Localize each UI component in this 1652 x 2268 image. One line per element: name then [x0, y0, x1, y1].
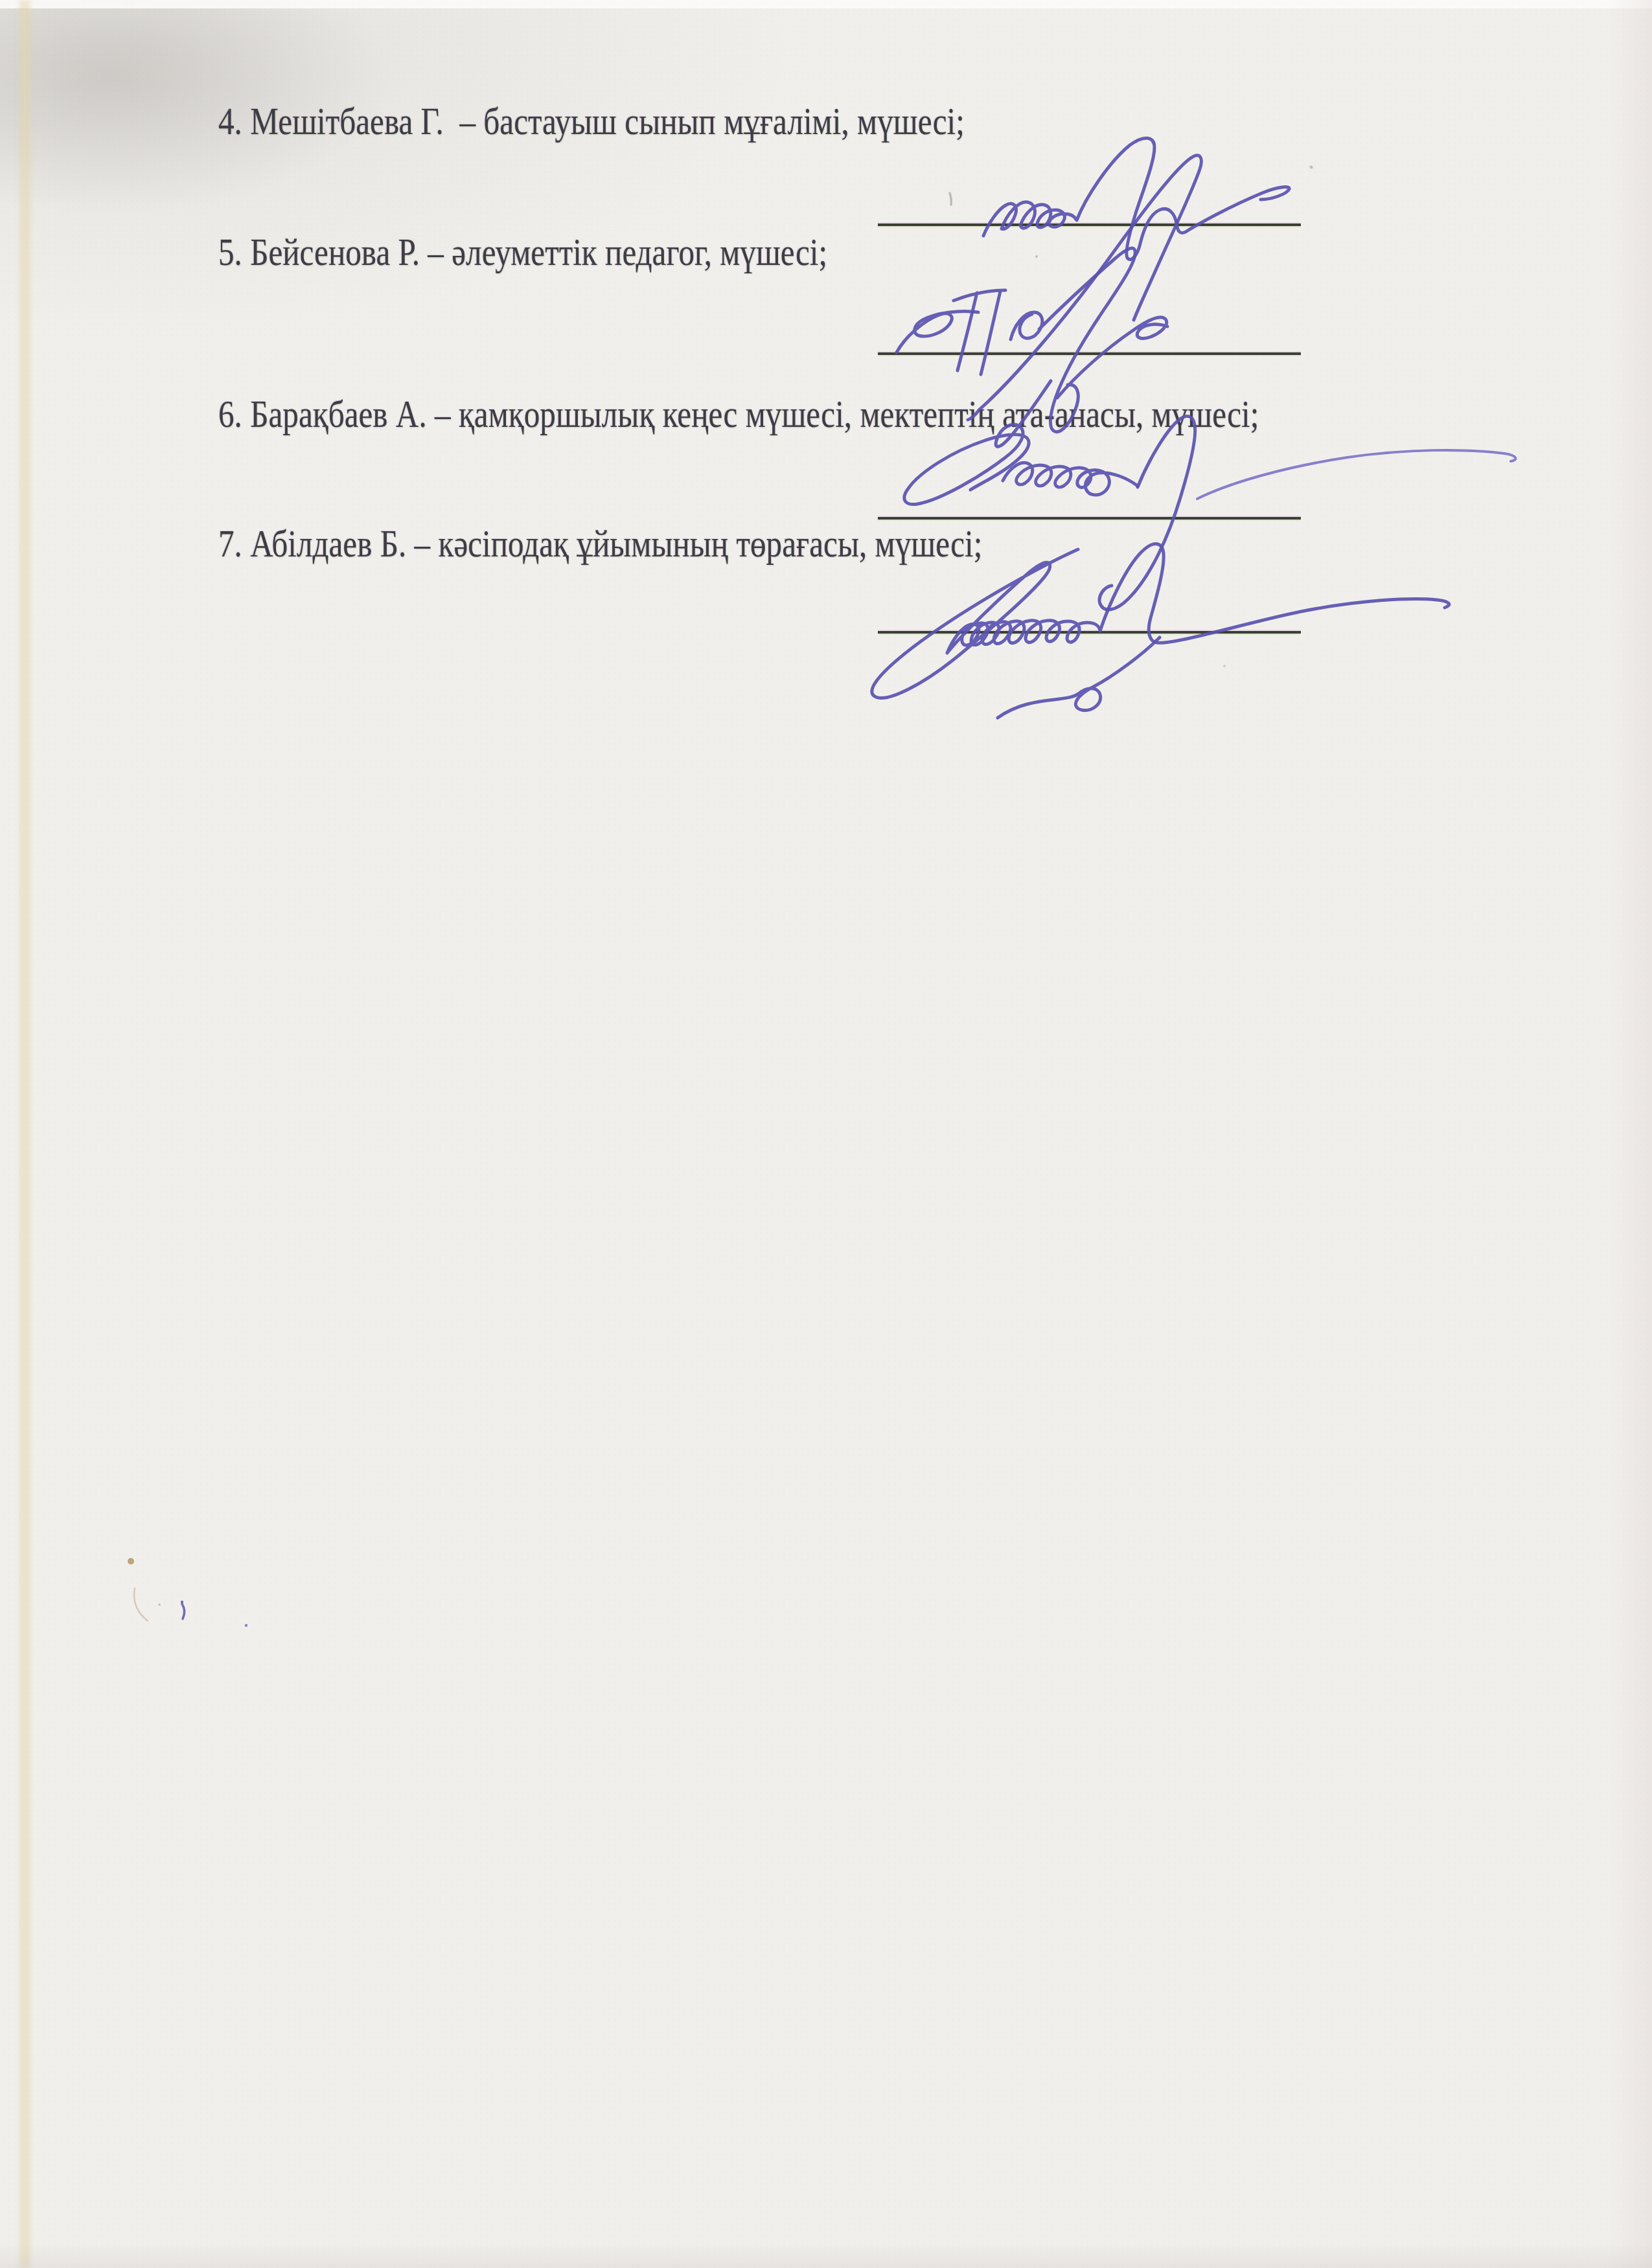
signature-line-item-5 — [878, 352, 1301, 355]
scan-vignette-right — [1607, 0, 1652, 2268]
list-item-7: 7. Абілдаев Б. – кәсіподақ ұйымының төра… — [218, 524, 982, 563]
signature-line-item-7 — [878, 631, 1301, 634]
scan-shadow-top-left — [0, 0, 1652, 2268]
list-item-5: 5. Бейсенова Р. – әлеуметтік педагог, мү… — [218, 233, 827, 271]
scan-specks — [128, 166, 1313, 1627]
paper-grain — [0, 0, 1652, 2268]
scan-vignette-bottom — [0, 2242, 1652, 2268]
scan-edge-top — [0, 0, 1652, 8]
list-item-6: 6. Барақбаев А. – қамқоршылық кеңес мүше… — [218, 395, 1259, 433]
signature-item-4 — [983, 138, 1289, 259]
handwritten-ink-layer — [0, 0, 1652, 2268]
scanned-page: 4. Мешітбаева Г. – бастауыш сынып мұғалі… — [0, 0, 1652, 2268]
scan-crease-left — [19, 0, 30, 2268]
signature-line-item-4 — [878, 223, 1301, 226]
signature-item-5 — [897, 155, 1201, 432]
list-item-4: 4. Мешітбаева Г. – бастауыш сынып мұғалі… — [218, 102, 965, 141]
signature-line-item-6 — [878, 517, 1301, 520]
